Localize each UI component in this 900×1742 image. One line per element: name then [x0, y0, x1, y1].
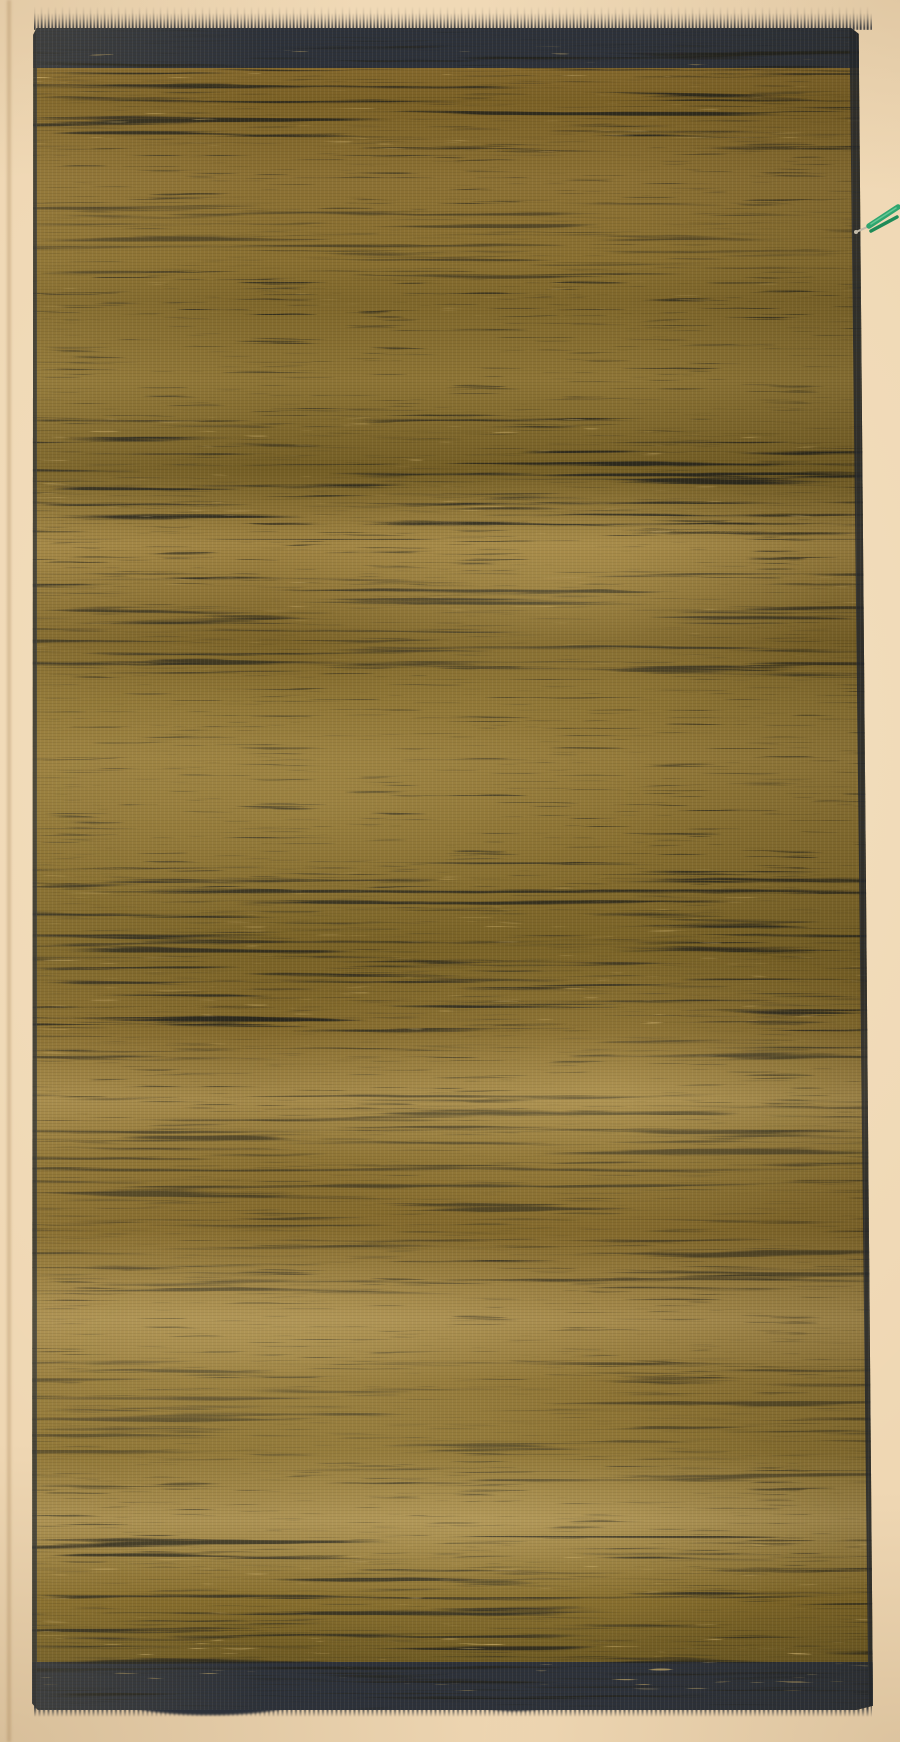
streak-band — [32, 800, 873, 885]
streak-band — [32, 320, 873, 415]
streak-band — [32, 585, 873, 665]
streak-band — [32, 665, 873, 725]
top-fringe-fibers — [34, 13, 872, 30]
streak-band — [32, 150, 873, 205]
streak-band — [32, 1056, 873, 1114]
streak-band — [32, 275, 873, 315]
streak-band — [32, 58, 873, 143]
streak-band — [32, 1270, 873, 1375]
streak-band — [32, 1012, 873, 1054]
streak-band — [32, 1115, 873, 1270]
backdrop-crease — [7, 0, 11, 1742]
rug-texture — [32, 28, 873, 1710]
price-tag-fastener — [850, 198, 900, 244]
streak-bands — [32, 58, 873, 1680]
streak-band — [32, 212, 873, 272]
streak-band — [32, 1372, 873, 1472]
rug — [32, 28, 873, 1710]
streak-band — [32, 728, 873, 803]
streak-band — [32, 525, 873, 585]
photo-backdrop — [0, 0, 900, 1742]
tag-pin — [854, 230, 858, 234]
rug-left-binding — [32, 28, 37, 1710]
streak-band — [32, 882, 873, 1012]
streak-band — [32, 1555, 873, 1680]
tag-cord-highlight — [871, 208, 896, 224]
streak-band — [32, 425, 873, 525]
streak-band — [32, 1470, 873, 1558]
